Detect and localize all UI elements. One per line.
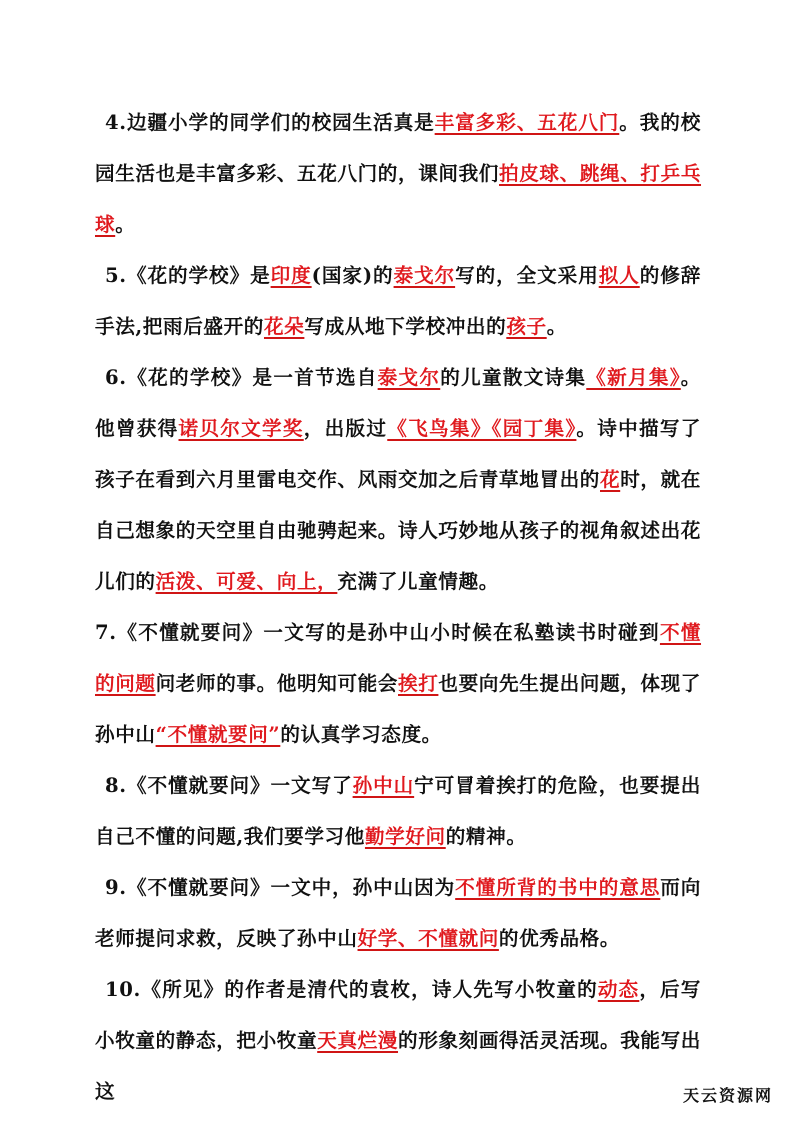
text-segment: 写的，全文采用 bbox=[455, 264, 599, 287]
answer-highlight: 花朵 bbox=[264, 315, 304, 338]
text-segment: 。 bbox=[115, 213, 135, 236]
text-segment: 9.《不懂就要问》一文中，孙中山因为 bbox=[105, 876, 455, 899]
paragraph-item-7: 7.《不懂就要问》一文写的是孙中山小时候在私塾读书时碰到不懂的问题问老师的事。他… bbox=[95, 607, 701, 760]
answer-highlight: 活泼、可爱、向上， bbox=[156, 570, 338, 593]
answer-highlight: 孙中山 bbox=[353, 774, 415, 797]
answer-highlight: 天真烂漫 bbox=[317, 1029, 398, 1052]
text-segment: 4.边疆小学的同学们的校园生活真是 bbox=[105, 111, 435, 134]
paragraph-item-4: 4.边疆小学的同学们的校园生活真是丰富多彩、五花八门。我的校园生活也是丰富多彩、… bbox=[95, 97, 701, 250]
answer-highlight: 《飞鸟集》《园丁集》 bbox=[387, 417, 576, 440]
answer-highlight: 泰戈尔 bbox=[378, 366, 441, 389]
paragraph-item-9: 9.《不懂就要问》一文中，孙中山因为不懂所背的书中的意思而向老师提问求救，反映了… bbox=[95, 862, 701, 964]
text-segment: 写成从地下学校冲出的 bbox=[304, 315, 506, 338]
text-segment: 5.《花的学校》是 bbox=[105, 264, 271, 287]
text-segment: (国家)的 bbox=[312, 264, 394, 287]
answer-highlight: 孩子 bbox=[506, 315, 546, 338]
paragraph-item-8: 8.《不懂就要问》一文写了孙中山宁可冒着挨打的危险，也要提出自己不懂的问题,我们… bbox=[95, 760, 701, 862]
text-segment: 充满了儿童情趣。 bbox=[337, 570, 499, 593]
answer-highlight: 花 bbox=[600, 468, 620, 491]
text-segment: 10.《所见》的作者是清代的袁枚，诗人先写小牧童的 bbox=[105, 978, 598, 1001]
answer-highlight: 拟人 bbox=[599, 264, 640, 287]
text-segment: 的精神。 bbox=[446, 825, 527, 848]
answer-highlight: 诺贝尔文学奖 bbox=[179, 417, 304, 440]
answer-highlight: 不懂所背的书中的意思 bbox=[455, 876, 660, 899]
document-page: 4.边疆小学的同学们的校园生活真是丰富多彩、五花八门。我的校园生活也是丰富多彩、… bbox=[95, 97, 701, 1117]
text-segment: 8.《不懂就要问》一文写了 bbox=[105, 774, 353, 797]
text-segment: 的优秀品格。 bbox=[499, 927, 620, 950]
answer-highlight: 好学、不懂就问 bbox=[358, 927, 499, 950]
text-segment: ，出版过 bbox=[304, 417, 388, 440]
paragraph-item-5: 5.《花的学校》是印度(国家)的泰戈尔写的，全文采用拟人的修辞手法,把雨后盛开的… bbox=[95, 250, 701, 352]
answer-highlight: 丰富多彩、五花八门 bbox=[435, 111, 620, 134]
answer-highlight: 《新月集》 bbox=[586, 366, 681, 389]
answer-highlight: 挨打 bbox=[398, 672, 438, 695]
text-segment: 7.《不懂就要问》一文写的是孙中山小时候在私塾读书时碰到 bbox=[95, 621, 660, 644]
text-segment: 问老师的事。他明知可能会 bbox=[156, 672, 398, 695]
text-segment: 的儿童散文诗集 bbox=[440, 366, 586, 389]
paragraph-item-10: 10.《所见》的作者是清代的袁枚，诗人先写小牧童的动态，后写小牧童的静态，把小牧… bbox=[95, 964, 701, 1117]
text-segment: 的认真学习态度。 bbox=[280, 723, 442, 746]
answer-highlight: 泰戈尔 bbox=[394, 264, 456, 287]
answer-highlight: 勤学好问 bbox=[365, 825, 446, 848]
paragraph-item-6: 6.《花的学校》是一首节选自泰戈尔的儿童散文诗集《新月集》。他曾获得诺贝尔文学奖… bbox=[95, 352, 701, 607]
answer-highlight: 印度 bbox=[271, 264, 312, 287]
text-segment: 。 bbox=[547, 315, 567, 338]
text-segment: 6.《花的学校》是一首节选自 bbox=[105, 366, 378, 389]
watermark-brand: 天云资源网 bbox=[683, 1083, 793, 1106]
answer-highlight: 动态 bbox=[598, 978, 640, 1001]
answer-highlight: “不懂就要问” bbox=[156, 723, 281, 746]
